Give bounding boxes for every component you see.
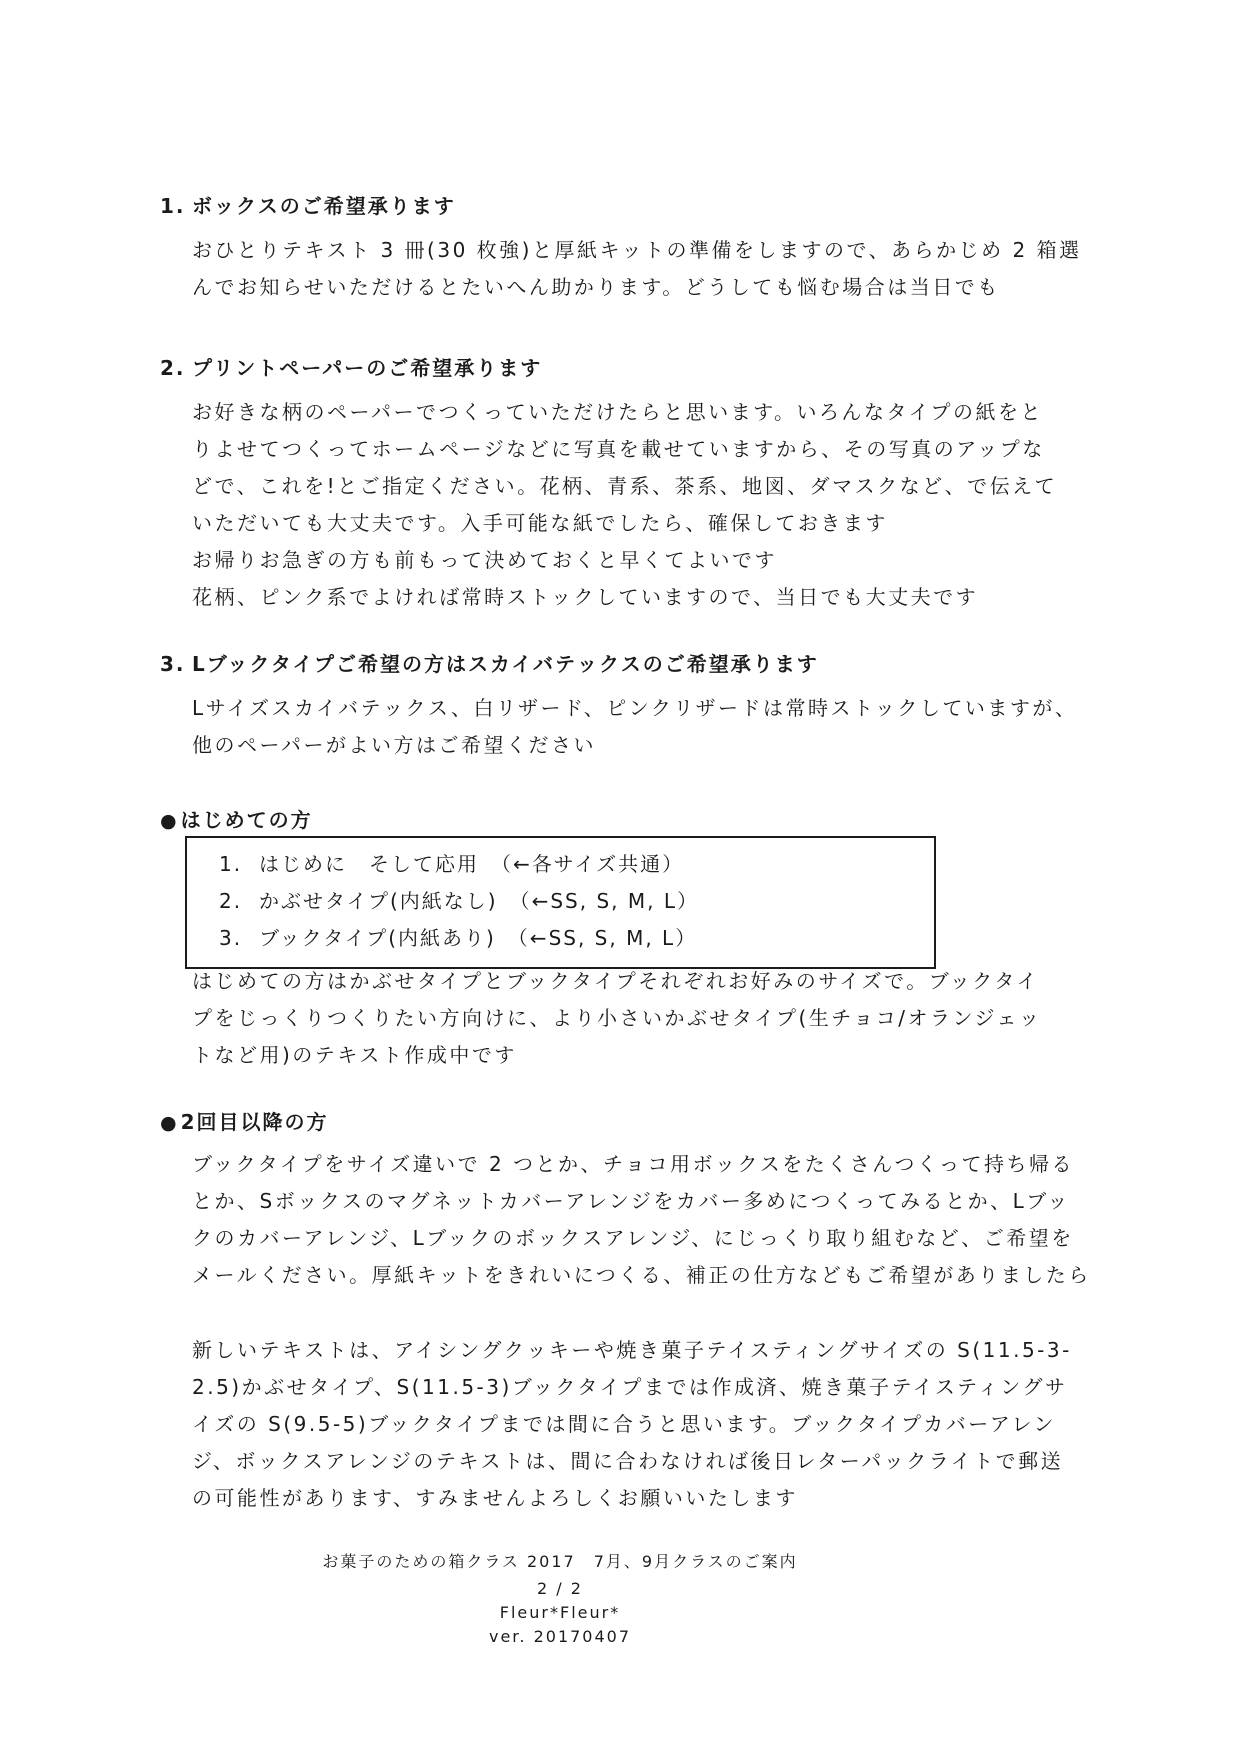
body-line: メールください。厚紙キットをきれいにつくる、補正の仕方などもご希望がありましたら — [192, 1257, 1182, 1294]
body-line: はじめての方はかぶせタイプとブックタイプそれぞれお好みのサイズで。ブックタイ — [192, 963, 1182, 1000]
section-2-number: 2. — [160, 354, 192, 382]
bullet-icon: ● — [160, 1112, 179, 1134]
section-2: 2. プリントペーパーのご希望承ります お好きな柄のペーパーでつくっていただけた… — [160, 354, 1182, 616]
body-line: 2.5)かぶせタイプ、S(11.5-3)ブックタイプまでは作成済、焼き菓子テイス… — [192, 1369, 1182, 1406]
section-2-heading: 2. プリントペーパーのご希望承ります — [160, 354, 1182, 382]
body-line: おひとりテキスト 3 冊(30 枚強)と厚紙キットの準備をしますので、あらかじめ… — [192, 232, 1182, 269]
section-2-body: お好きな柄のペーパーでつくっていただけたらと思います。いろんなタイプの紙をと り… — [160, 394, 1182, 616]
body-line: の可能性があります、すみませんよろしくお願いいたします — [192, 1480, 1182, 1517]
section-1-heading: 1. ボックスのご希望承ります — [160, 192, 1182, 220]
body-line: クのカバーアレンジ、Lブックのボックスアレンジ、にじっくり取り組むなど、ご希望を — [192, 1220, 1182, 1257]
section-1-title: ボックスのご希望承ります — [192, 192, 456, 220]
box-item-number: 2. — [219, 883, 259, 920]
document-footer: お菓子のための箱クラス 2017 7月、9月クラスのご案内 2 / 2 Fleu… — [0, 1550, 1120, 1649]
footer-version: ver. 20170407 — [0, 1625, 1120, 1649]
section-1-number: 1. — [160, 192, 192, 220]
repeat-visitors-heading: ●2回目以降の方 — [160, 1108, 1182, 1137]
section-3-number: 3. — [160, 650, 192, 678]
body-line: お帰りお急ぎの方も前もって決めておくと早くてよいです — [192, 542, 1182, 579]
body-line: いただいても大丈夫です。入手可能な紙でしたら、確保しておきます — [192, 505, 1182, 542]
document-page: 1. ボックスのご希望承ります おひとりテキスト 3 冊(30 枚強)と厚紙キッ… — [0, 0, 1242, 1752]
body-line: 花柄、ピンク系でよければ常時ストックしていますので、当日でも大丈夫です — [192, 579, 1182, 616]
first-timers-heading: ●はじめての方 — [160, 806, 1182, 835]
body-line: 他のペーパーがよい方はご希望ください — [192, 727, 1182, 764]
repeat-visitors-title: 2回目以降の方 — [181, 1110, 329, 1134]
section-3-title: Lブックタイプご希望の方はスカイバテックスのご希望承ります — [192, 650, 819, 678]
course-list-box: 1. はじめに そして応用 （←各サイズ共通） 2. かぶせタイプ(内紙なし) … — [185, 836, 936, 969]
body-line: んでお知らせいただけるとたいへん助かります。どうしても悩む場合は当日でも — [192, 269, 1182, 306]
body-line: イズの S(9.5-5)ブックタイプまでは間に合うと思います。ブックタイプカバー… — [192, 1406, 1182, 1443]
section-1-body: おひとりテキスト 3 冊(30 枚強)と厚紙キットの準備をしますので、あらかじめ… — [160, 232, 1182, 306]
box-item-number: 1. — [219, 846, 259, 883]
first-timers-title: はじめての方 — [181, 808, 313, 832]
body-line: トなど用)のテキスト作成中です — [192, 1037, 1182, 1074]
section-2-title: プリントペーパーのご希望承ります — [192, 354, 542, 382]
body-line: ジ、ボックスアレンジのテキストは、間に合わなければ後日レターパックライトで郵送 — [192, 1443, 1182, 1480]
box-item: 2. かぶせタイプ(内紙なし) （←SS, S, M, L） — [187, 883, 934, 920]
footer-page-number: 2 / 2 — [0, 1577, 1120, 1601]
repeat-visitors-body: ブックタイプをサイズ違いで 2 つとか、チョコ用ボックスをたくさんつくって持ち帰… — [160, 1146, 1182, 1294]
first-timers-body: はじめての方はかぶせタイプとブックタイプそれぞれお好みのサイズで。ブックタイ プ… — [160, 963, 1182, 1074]
box-item-number: 3. — [219, 920, 259, 957]
box-item-text: ブックタイプ(内紙あり) （←SS, S, M, L） — [259, 920, 697, 957]
body-line: ブックタイプをサイズ違いで 2 つとか、チョコ用ボックスをたくさんつくって持ち帰… — [192, 1146, 1182, 1183]
footer-class-info: お菓子のための箱クラス 2017 7月、9月クラスのご案内 — [0, 1550, 1120, 1574]
body-line: プをじっくりつくりたい方向けに、より小さいかぶせタイプ(生チョコ/オランジェッ — [192, 1000, 1182, 1037]
section-3-heading: 3. Lブックタイプご希望の方はスカイバテックスのご希望承ります — [160, 650, 1182, 678]
body-line: お好きな柄のペーパーでつくっていただけたらと思います。いろんなタイプの紙をと — [192, 394, 1182, 431]
body-line: とか、Sボックスのマグネットカバーアレンジをカバー多めにつくってみるとか、Lブッ — [192, 1183, 1182, 1220]
body-line: 新しいテキストは、アイシングクッキーや焼き菓子テイスティングサイズの S(11.… — [192, 1332, 1182, 1369]
body-line: どで、これを!とご指定ください。花柄、青系、茶系、地図、ダマスクなど、で伝えて — [192, 468, 1182, 505]
box-item: 3. ブックタイプ(内紙あり) （←SS, S, M, L） — [187, 920, 934, 957]
box-item-text: かぶせタイプ(内紙なし) （←SS, S, M, L） — [259, 883, 699, 920]
section-1: 1. ボックスのご希望承ります おひとりテキスト 3 冊(30 枚強)と厚紙キッ… — [160, 192, 1182, 306]
section-3: 3. Lブックタイプご希望の方はスカイバテックスのご希望承ります Lサイズスカイ… — [160, 650, 1182, 764]
box-item: 1. はじめに そして応用 （←各サイズ共通） — [187, 846, 934, 883]
body-line: Lサイズスカイバテックス、白リザード、ピンクリザードは常時ストックしていますが、 — [192, 690, 1182, 727]
new-text-paragraph: 新しいテキストは、アイシングクッキーや焼き菓子テイスティングサイズの S(11.… — [160, 1332, 1182, 1517]
footer-brand: Fleur*Fleur* — [0, 1601, 1120, 1625]
body-line: りよせてつくってホームページなどに写真を載せていますから、その写真のアップな — [192, 431, 1182, 468]
section-3-body: Lサイズスカイバテックス、白リザード、ピンクリザードは常時ストックしていますが、… — [160, 690, 1182, 764]
bullet-icon: ● — [160, 810, 179, 832]
box-item-text: はじめに そして応用 （←各サイズ共通） — [259, 846, 684, 883]
